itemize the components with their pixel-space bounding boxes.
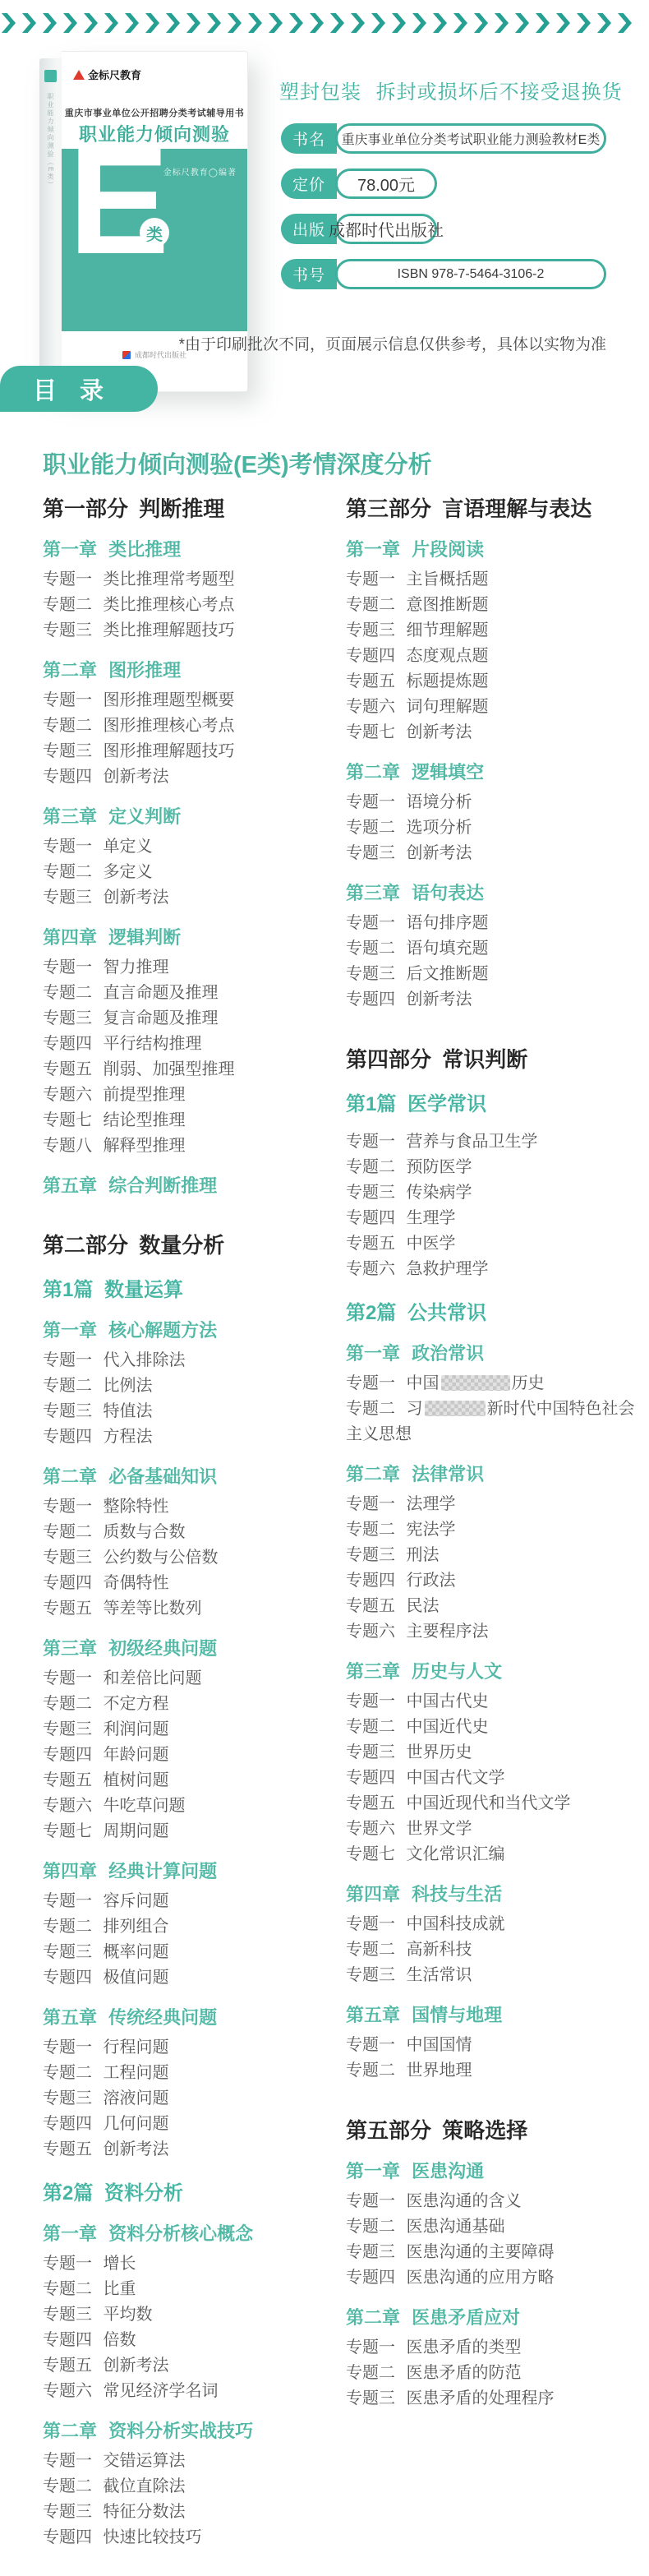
censored-block	[441, 1375, 510, 1391]
toc-chapter-header: 第四章 经典计算问题	[43, 1859, 340, 1884]
toc-topic: 专题三 创新考法	[43, 885, 340, 911]
info-row: 出版成都时代出版社	[281, 214, 610, 244]
toc-topic: 专题二 意图推断题	[346, 593, 643, 618]
toc-topic: 专题七 文化常识汇编	[346, 1842, 643, 1867]
toc-pian-header: 第1篇 医学常识	[346, 1092, 643, 1118]
class-badge-text: 类	[146, 221, 163, 245]
toc-part-header: 第一部分 判断推理	[43, 495, 340, 523]
info-row-value: 成都时代出版社	[335, 214, 437, 244]
cover-main-title: 职业能力倾向测验	[62, 121, 247, 146]
toc-topic: 专题四 生理学	[346, 1206, 643, 1231]
toc-topic: 专题三 世界历史	[346, 1740, 643, 1766]
toc-chapter-header: 第二章 医患矛盾应对	[346, 2306, 643, 2330]
toc-topic: 专题四 平行结构推理	[43, 1032, 340, 1057]
toc-chapter-header: 第五章 综合判断推理	[43, 1174, 340, 1198]
toc-topic: 专题二 中国近代史	[346, 1715, 643, 1740]
info-row-label: 书名	[281, 123, 337, 154]
toc-column-right: 第三部分 言语理解与表达第一章 片段阅读专题一 主旨概括题专题二 意图推断题专题…	[346, 495, 643, 2412]
toc-topic: 专题四 方程法	[43, 1424, 340, 1450]
toc-topic: 专题三 传染病学	[346, 1180, 643, 1206]
chevron-right-icon	[207, 13, 221, 33]
toc-topic: 专题三 复言命题及推理	[43, 1006, 340, 1032]
toc-topic: 专题一 中国国情	[346, 2033, 643, 2058]
toc-chapter-header: 第五章 传统经典问题	[43, 2006, 340, 2030]
spine-title: 职业能力倾向测验（E类）	[46, 93, 55, 189]
censored-block	[425, 1401, 486, 1416]
chevron-right-icon	[351, 13, 365, 33]
chevron-right-icon	[43, 13, 57, 33]
toc-topic: 专题三 创新考法	[346, 841, 643, 866]
chevron-right-icon	[104, 13, 118, 33]
toc-chapter-header: 第一章 医患沟通	[346, 2159, 643, 2184]
toc-topic: 专题二 不定方程	[43, 1692, 340, 1717]
toc-topic: 专题一 营养与食品卫生学	[346, 1129, 643, 1155]
toc-topic: 专题五 标题提炼题	[346, 669, 643, 695]
toc-chapter-header: 第二章 资料分析实战技巧	[43, 2419, 340, 2444]
toc-topic: 专题四 中国古代文学	[346, 1766, 643, 1791]
toc-topic: 专题四 极值问题	[43, 1965, 340, 1991]
toc-topic: 专题三 后文推断题	[346, 962, 643, 987]
chevron-right-icon	[474, 13, 488, 33]
toc-chapter-header: 第三章 历史与人文	[346, 1660, 643, 1684]
toc-topic: 专题三 刑法	[346, 1543, 643, 1568]
chevron-right-icon	[84, 13, 98, 33]
toc-badge: 目 录	[0, 366, 158, 412]
chevron-right-icon	[371, 13, 385, 33]
toc-chapter-header: 第一章 片段阅读	[346, 538, 643, 562]
toc-chapter-header: 第三章 定义判断	[43, 805, 340, 829]
toc-chapter-header: 第三章 初级经典问题	[43, 1637, 340, 1661]
toc-topic: 专题三 概率问题	[43, 1940, 340, 1965]
cover-teal-block: E 金标尺教育◯编著 类	[62, 149, 248, 331]
packaging-warning: 塑封包装 拆封或损坏后不接受退换货	[279, 76, 623, 104]
toc-main-title: 职业能力倾向测验(E类)考情深度分析	[43, 446, 432, 480]
info-row: 定价78.00元	[281, 169, 610, 199]
chevron-right-icon	[556, 13, 570, 33]
info-row-value: 重庆事业单位分类考试职业能力测验教材E类	[335, 123, 606, 154]
toc-chapter-header: 第四章 逻辑判断	[43, 926, 340, 950]
toc-topic: 专题一 行程问题	[43, 2035, 340, 2061]
toc-topic: 专题一 整除特性	[43, 1494, 340, 1520]
chevron-right-icon	[536, 13, 550, 33]
toc-topic: 专题三 特征分数法	[43, 2500, 340, 2525]
chevron-right-icon	[2, 13, 16, 33]
toc-pian-header: 第1篇 数量运算	[43, 1277, 340, 1304]
toc-topic: 专题一 主旨概括题	[346, 567, 643, 593]
info-rows: 书名重庆事业单位分类考试职业能力测验教材E类定价78.00元出版成都时代出版社书…	[281, 123, 610, 304]
chevron-right-icon	[63, 13, 77, 33]
toc-topic: 专题四 行政法	[346, 1568, 643, 1594]
info-row: 书名重庆事业单位分类考试职业能力测验教材E类	[281, 123, 610, 154]
toc-topic: 专题二 截位直除法	[43, 2474, 340, 2500]
toc-topic: 专题三 平均数	[43, 2302, 340, 2328]
chevron-right-icon	[269, 13, 283, 33]
toc-topic: 专题一 医患沟通的含义	[346, 2189, 643, 2214]
toc-topic: 专题一 增长	[43, 2251, 340, 2277]
toc-column-left: 第一部分 判断推理第一章 类比推理专题一 类比推理常考题型专题二 类比推理核心考…	[43, 495, 340, 2551]
toc-topic: 专题五 削弱、加强型推理	[43, 1057, 340, 1083]
chevron-right-icon	[453, 13, 467, 33]
toc-topic: 专题六 前提型推理	[43, 1083, 340, 1108]
chevron-right-icon	[228, 13, 242, 33]
toc-topic: 专题二 宪法学	[346, 1517, 643, 1543]
brand-name: 金标尺教育	[88, 67, 141, 82]
chevron-right-icon	[495, 13, 509, 33]
toc-topic: 专题二 习新时代中国特色社会主义思想	[346, 1396, 643, 1447]
chevron-right-icon	[597, 13, 611, 33]
toc-topic: 专题三 特值法	[43, 1399, 340, 1424]
toc-topic: 专题二 比例法	[43, 1373, 340, 1399]
toc-topic: 专题四 年龄问题	[43, 1743, 340, 1768]
toc-pian-header: 第2篇 公共常识	[346, 1300, 643, 1327]
chevron-right-icon	[186, 13, 200, 33]
toc-pian-header: 第2篇 资料分析	[43, 2181, 340, 2207]
toc-topic: 专题五 创新考法	[43, 2353, 340, 2379]
toc-part-header: 第二部分 数量分析	[43, 1231, 340, 1259]
spine-logo-icon	[44, 70, 57, 82]
toc-part-header: 第三部分 言语理解与表达	[346, 495, 643, 523]
info-row: 书号ISBN 978-7-5464-3106-2	[281, 259, 610, 289]
toc-topic: 专题二 质数与合数	[43, 1520, 340, 1545]
toc-topic: 专题七 结论型推理	[43, 1108, 340, 1133]
toc-topic: 专题一 法理学	[346, 1492, 643, 1517]
toc-chapter-header: 第五章 国情与地理	[346, 2003, 643, 2028]
toc-topic: 专题四 医患沟通的应用方略	[346, 2265, 643, 2291]
toc-chapter-header: 第二章 逻辑填空	[346, 760, 643, 785]
toc-part-header: 第四部分 常识判断	[346, 1046, 643, 1073]
toc-chapter-header: 第二章 必备基础知识	[43, 1465, 340, 1489]
chevron-right-icon	[515, 13, 529, 33]
toc-topic: 专题二 语句填充题	[346, 936, 643, 962]
toc-chapter-header: 第二章 法律常识	[346, 1462, 643, 1487]
toc-topic: 专题八 解释型推理	[43, 1133, 340, 1159]
chevron-right-icon	[125, 13, 139, 33]
chevron-right-icon	[392, 13, 406, 33]
chevron-right-icon	[577, 13, 591, 33]
toc-topic: 专题三 图形推理解题技巧	[43, 739, 340, 764]
toc-chapter-header: 第四章 科技与生活	[346, 1882, 643, 1907]
toc-topic: 专题五 创新考法	[43, 2137, 340, 2163]
toc-chapter-header: 第三章 语句表达	[346, 881, 643, 906]
toc-topic: 专题四 态度观点题	[346, 644, 643, 669]
brand-row: 金标尺教育	[73, 67, 141, 82]
toc-topic: 专题五 植树问题	[43, 1768, 340, 1794]
chevron-right-icon	[330, 13, 344, 33]
toc-topic: 专题一 和差倍比问题	[43, 1666, 340, 1692]
toc-topic: 专题五 中医学	[346, 1231, 643, 1257]
chevron-right-icon	[22, 13, 36, 33]
toc-topic: 专题一 中国历史	[346, 1371, 643, 1396]
toc-topic: 专题二 排列组合	[43, 1914, 340, 1940]
toc-topic: 专题一 类比推理常考题型	[43, 567, 340, 593]
chevron-right-icon	[289, 13, 303, 33]
toc-topic: 专题一 中国古代史	[346, 1689, 643, 1715]
toc-topic: 专题六 词句理解题	[346, 695, 643, 720]
toc-topic: 专题五 等差等比数列	[43, 1596, 340, 1622]
toc-topic: 专题七 创新考法	[346, 720, 643, 746]
toc-topic: 专题四 快速比较技巧	[43, 2525, 340, 2551]
toc-chapter-header: 第一章 类比推理	[43, 538, 340, 562]
toc-topic: 专题一 容斥问题	[43, 1889, 340, 1914]
toc-topic: 专题一 交错运算法	[43, 2449, 340, 2474]
toc-topic: 专题一 智力推理	[43, 955, 340, 981]
toc-topic: 专题三 类比推理解题技巧	[43, 618, 340, 644]
toc-topic: 专题二 比重	[43, 2277, 340, 2302]
cover-byline: 金标尺教育◯编著	[163, 165, 237, 178]
cover-series-title: 重庆市事业单位公开招聘分类考试辅导用书	[62, 106, 247, 119]
info-row-value: 78.00元	[335, 169, 437, 199]
toc-topic: 专题六 主要程序法	[346, 1619, 643, 1645]
chevron-right-icon	[310, 13, 324, 33]
toc-chapter-header: 第一章 核心解题方法	[43, 1318, 340, 1343]
toc-topic: 专题六 常见经济学名词	[43, 2379, 340, 2404]
book-spine: 职业能力倾向测验（E类）	[39, 58, 62, 388]
banner-chevrons	[2, 13, 649, 35]
toc-topic: 专题二 高新科技	[346, 1937, 643, 1963]
toc-topic: 专题二 图形推理核心考点	[43, 713, 340, 739]
toc-topic: 专题四 倍数	[43, 2328, 340, 2353]
toc-topic: 专题三 公约数与公倍数	[43, 1545, 340, 1571]
toc-topic: 专题二 工程问题	[43, 2061, 340, 2086]
toc-chapter-header: 第一章 政治常识	[346, 1341, 643, 1366]
toc-topic: 专题二 类比推理核心考点	[43, 593, 340, 618]
class-badge: 类	[140, 218, 169, 247]
toc-topic: 专题二 多定义	[43, 860, 340, 885]
toc-topic: 专题四 创新考法	[43, 764, 340, 790]
toc-topic: 专题一 语句排序题	[346, 911, 643, 936]
toc-topic: 专题三 细节理解题	[346, 618, 643, 644]
toc-chapter-header: 第二章 图形推理	[43, 658, 340, 683]
cover-big-letter: E	[68, 149, 169, 278]
print-batch-note: *由于印刷批次不同，页面展示信息仅供参考，具体以实物为准	[179, 332, 606, 354]
toc-topic: 专题三 利润问题	[43, 1717, 340, 1743]
info-row-value: ISBN 978-7-5464-3106-2	[335, 259, 606, 289]
toc-chapter-header: 第一章 资料分析核心概念	[43, 2222, 340, 2246]
publisher-logo-icon	[122, 351, 131, 359]
toc-topic: 专题二 选项分析	[346, 815, 643, 841]
toc-topic: 专题五 中国近现代和当代文学	[346, 1791, 643, 1817]
toc-topic: 专题二 直言命题及推理	[43, 981, 340, 1006]
toc-topic: 专题六 世界文学	[346, 1817, 643, 1842]
chevron-right-icon	[412, 13, 426, 33]
chevron-right-icon	[166, 13, 180, 33]
toc-topic: 专题二 预防医学	[346, 1155, 643, 1180]
toc-topic: 专题六 急救护理学	[346, 1257, 643, 1282]
toc-topic: 专题五 民法	[346, 1594, 643, 1619]
toc-topic: 专题三 溶液问题	[43, 2086, 340, 2112]
toc-topic: 专题一 中国科技成就	[346, 1912, 643, 1937]
toc-topic: 专题四 几何问题	[43, 2112, 340, 2137]
info-row-label: 书号	[281, 259, 337, 289]
toc-topic: 专题一 语境分析	[346, 790, 643, 815]
toc-topic: 专题二 医患沟通基础	[346, 2214, 643, 2240]
toc-badge-label: 目 录	[33, 372, 112, 406]
toc-topic: 专题七 周期问题	[43, 1819, 340, 1844]
toc-topic: 专题一 图形推理题型概要	[43, 688, 340, 713]
info-row-label: 定价	[281, 169, 337, 199]
toc-topic: 专题二 世界地理	[346, 2058, 643, 2084]
toc-topic: 专题一 医患矛盾的类型	[346, 2335, 643, 2361]
chevron-right-icon	[248, 13, 262, 33]
product-detail-page: 职业能力倾向测验（E类） 金标尺教育 重庆市事业单位公开招聘分类考试辅导用书 职…	[0, 0, 649, 2576]
brand-logo-icon	[73, 70, 85, 80]
toc-topic: 专题三 生活常识	[346, 1963, 643, 1988]
toc-topic: 专题三 医患矛盾的处理程序	[346, 2386, 643, 2412]
toc-part-header: 第五部分 策略选择	[346, 2117, 643, 2144]
toc-topic: 专题一 单定义	[43, 834, 340, 860]
chevron-right-icon	[618, 13, 632, 33]
toc-topic: 专题三 医患沟通的主要障碍	[346, 2240, 643, 2265]
chevron-right-icon	[145, 13, 159, 33]
toc-topic: 专题二 医患矛盾的防范	[346, 2361, 643, 2386]
chevron-right-icon	[433, 13, 447, 33]
toc-topic: 专题六 牛吃草问题	[43, 1794, 340, 1819]
toc-topic: 专题四 奇偶特性	[43, 1571, 340, 1596]
toc-topic: 专题一 代入排除法	[43, 1348, 340, 1373]
toc-topic: 专题四 创新考法	[346, 987, 643, 1013]
